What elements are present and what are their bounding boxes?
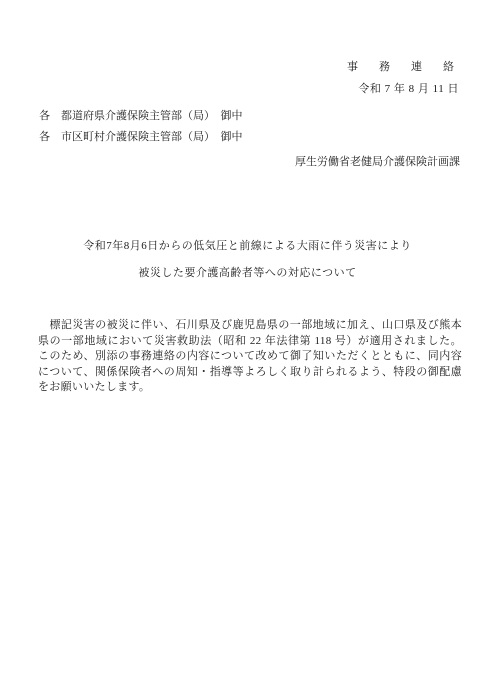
- body-paragraph: 標記災害の被災に伴い、石川県及び鹿児島県の一部地域に加え、山口県及び熊本県の一部…: [38, 318, 462, 396]
- title-line-2: 被災した要介護高齢者等への対応について: [0, 260, 495, 287]
- recipient-line-municipalities: 各 市区町村介護保険主管部（局） 御中: [39, 127, 495, 148]
- recipients-block: 各 都道府県介護保険主管部（局） 御中 各 市区町村介護保険主管部（局） 御中: [0, 106, 495, 148]
- title-line-1: 令和7年8月6日からの低気圧と前線による大雨に伴う災害により: [0, 233, 495, 260]
- sender-line: 厚生労働省老健局介護保険計画課: [0, 152, 495, 173]
- doc-date: 令和 7 年 8 月 11 日: [0, 78, 459, 100]
- document-page: 事 務 連 絡 令和 7 年 8 月 11 日 各 都道府県介護保険主管部（局）…: [0, 0, 495, 700]
- doc-type-label: 事 務 連 絡: [0, 56, 459, 78]
- document-header: 事 務 連 絡 令和 7 年 8 月 11 日: [0, 0, 495, 100]
- document-title: 令和7年8月6日からの低気圧と前線による大雨に伴う災害により 被災した要介護高齢…: [0, 233, 495, 287]
- recipient-line-prefectures: 各 都道府県介護保険主管部（局） 御中: [39, 106, 495, 127]
